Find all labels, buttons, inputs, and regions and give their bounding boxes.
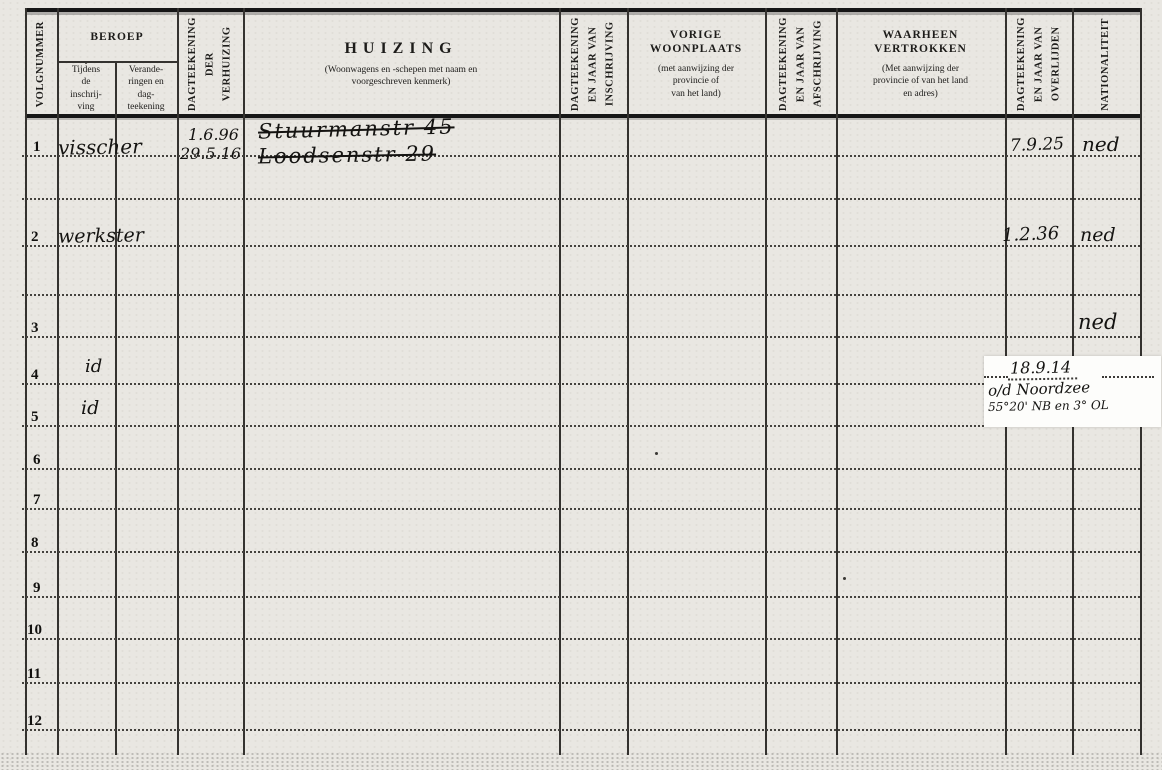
row-rule [22,198,1140,200]
entry-beroep: werkster [58,224,144,247]
table-top-border [25,8,1140,12]
header-bottom-border [25,114,1140,118]
entry-beroep: id [85,356,102,377]
slip-dotted-rule [984,376,1008,378]
column-line [559,8,561,755]
header-dagteekening-verhuizing: DAGTEEKENING DER VERHUIZING [177,14,243,114]
scan-speck [843,577,846,580]
column-line [836,8,838,755]
header-dagteekening-inschrijving-label: DAGTEEKENING EN JAAR VAN INSCHRIJVING [567,17,619,111]
row-number: 8 [31,535,39,552]
row-number: 3 [31,320,39,337]
slip-location: o/d Noordzee [988,378,1091,400]
header-dagteekening-overlijden-label: DAGTEEKENING EN JAAR VAN OVERLIJDEN [1013,17,1065,111]
column-line [57,8,59,755]
row-rule [22,596,1140,598]
entry-huizing-struck: Loodsenstr 29 [258,141,436,168]
header-dagteekening-afschrijving-label: DAGTEEKENING EN JAAR VAN AFSCHRIJVING [775,17,827,111]
row-rule [22,245,1140,247]
header-vorige-woonplaats: VORIGE WOONPLAATS (met aanwijzing der pr… [627,14,765,114]
entry-overlijden: 1.2.36 [1002,223,1060,246]
row-rule [22,638,1140,640]
column-line [243,8,245,755]
header-beroep-veranderingen-label: Verande- ringen en dag- teekening [128,64,165,113]
header-waarheen-vertrokken-label: WAARHEEN VERTROKKEN [874,28,967,57]
header-waarheen-vertrokken: WAARHEEN VERTROKKEN (Met aanwijzing der … [836,14,1005,114]
scan-edge-noise [0,752,1162,770]
entry-huizing-struck: Stuurmanstr 45 [258,114,455,143]
row-rule [22,383,1140,385]
header-huizing-label: HUIZING [344,40,457,58]
row-rule [22,425,1140,427]
header-nationaliteit-label: NATIONALITEIT [1097,18,1114,111]
row-number: 11 [27,666,41,683]
header-vorige-woonplaats-label: VORIGE WOONPLAATS [650,28,742,57]
header-dagteekening-overlijden: DAGTEEKENING EN JAAR VAN OVERLIJDEN [1005,14,1072,114]
header-dagteekening-verhuizing-label: DAGTEEKENING DER VERHUIZING [184,17,236,111]
header-beroep: BEROEP [57,14,177,60]
header-volgnummer-label: VOLGNUMMER [32,21,49,107]
slip-coordinates: 55°20' NB en 3° OL [988,398,1109,414]
row-number: 1 [33,139,41,156]
row-rule [22,729,1140,731]
header-beroep-veranderingen: Verande- ringen en dag- teekening [115,63,177,114]
row-rule [22,294,1140,296]
row-number: 2 [31,229,39,246]
row-number: 6 [33,452,41,469]
entry-beroep: visscher [58,134,142,159]
entry-nationaliteit: ned [1080,224,1116,246]
header-beroep-label: BEROEP [90,30,143,44]
row-rule [22,468,1140,470]
row-number: 4 [31,367,39,384]
entry-nationaliteit: ned [1078,310,1117,334]
header-huizing-subtitle: (Woonwagens en -schepen met naam en voor… [325,64,478,89]
entry-overlijden: 7.9.25 [1010,134,1065,156]
scan-speck [85,62,87,64]
register-scan-page: VOLGNUMMER BEROEP Tijdens de inschrij- v… [0,0,1162,770]
scan-speck [655,452,658,455]
column-line [25,8,27,755]
slip-overlijden-date: 18.9.14 [1008,357,1077,380]
row-number: 9 [33,580,41,597]
header-nationaliteit: NATIONALITEIT [1072,14,1140,114]
column-line [627,8,629,755]
row-number: 5 [31,409,39,426]
column-line [765,8,767,755]
row-number: 7 [33,492,41,509]
header-dagteekening-inschrijving: DAGTEEKENING EN JAAR VAN INSCHRIJVING [559,14,627,114]
header-huizing: HUIZING (Woonwagens en -schepen met naam… [243,14,559,114]
row-rule [22,508,1140,510]
header-beroep-tijdens-label: Tijdens de inschrij- ving [70,64,102,113]
header-volgnummer: VOLGNUMMER [25,14,57,114]
header-waarheen-vertrokken-subtitle: (Met aanwijzing der provincie of van het… [873,63,968,100]
entry-verhuizing-date: 29.5.16 [180,144,241,163]
header-beroep-tijdens: Tijdens de inschrij- ving [57,63,115,114]
pasted-correction-slip: 18.9.14 o/d Noordzee 55°20' NB en 3° OL [984,356,1161,427]
header-vorige-woonplaats-subtitle: (met aanwijzing der provincie of van het… [658,63,734,100]
row-rule [22,551,1140,553]
row-number: 10 [27,622,42,639]
entry-verhuizing-date: 1.6.96 [188,125,239,144]
entry-nationaliteit: ned [1082,132,1120,156]
row-number: 12 [27,713,42,730]
column-line [177,8,179,755]
row-rule [22,336,1140,338]
slip-dotted-rule [1102,376,1154,378]
row-rule [22,682,1140,684]
column-line [115,61,117,755]
header-dagteekening-afschrijving: DAGTEEKENING EN JAAR VAN AFSCHRIJVING [765,14,836,114]
entry-beroep: id [81,397,99,419]
